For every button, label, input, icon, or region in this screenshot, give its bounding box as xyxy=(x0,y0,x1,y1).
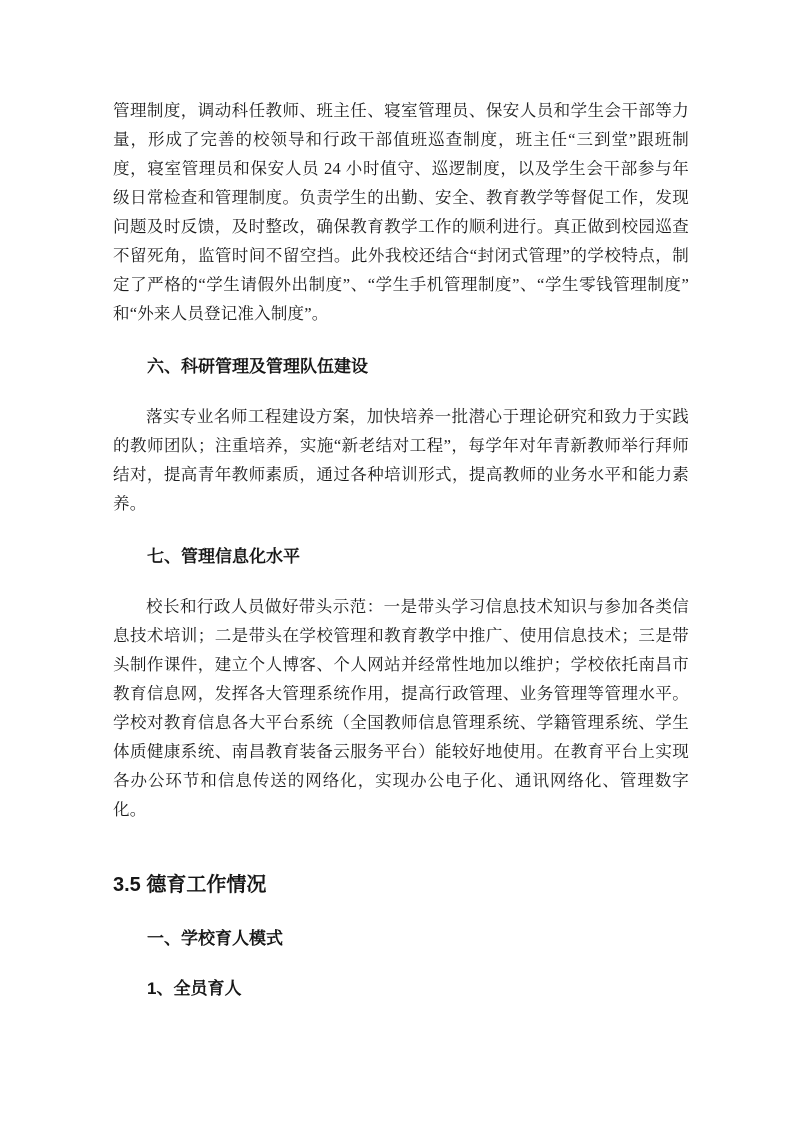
paragraph-management-system-continued: 管理制度，调动科任教师、班主任、寝室管理员、保安人员和学生会干部等力量，形成了完… xyxy=(113,96,689,328)
heading-chapter-3-5-moral-education: 3.5 德育工作情况 xyxy=(113,870,689,900)
paragraph-teacher-team-building: 落实专业名师工程建设方案，加快培养一批潜心于理论研究和致力于实践的教师团队；注重… xyxy=(113,402,689,518)
heading-section-seven-information-level: 七、管理信息化水平 xyxy=(113,542,689,571)
heading-item-1-all-staff-education: 1、全员育人 xyxy=(113,974,689,1003)
heading-section-six-research-management: 六、科研管理及管理队伍建设 xyxy=(113,352,689,381)
paragraph-information-technology: 校长和行政人员做好带头示范：一是带头学习信息技术知识与参加各类信息技术培训；二是… xyxy=(113,592,689,824)
heading-subsection-one-education-model: 一、学校育人模式 xyxy=(113,924,689,953)
document-page: 管理制度，调动科任教师、班主任、寝室管理员、保安人员和学生会干部等力量，形成了完… xyxy=(0,0,800,1131)
